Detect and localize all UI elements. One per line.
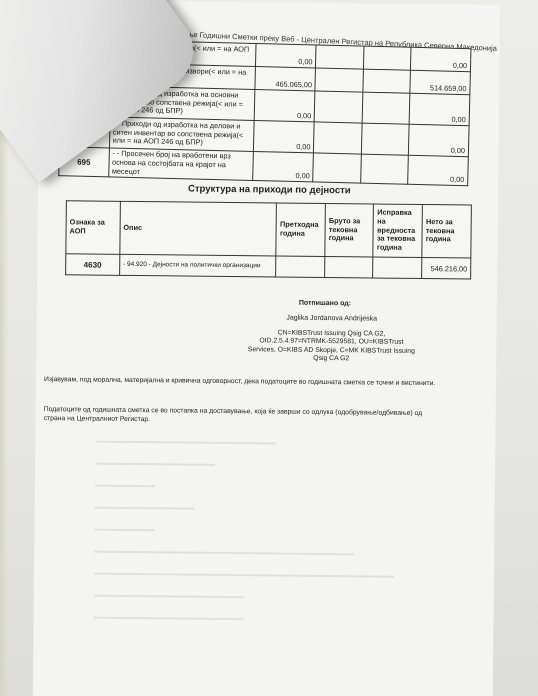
adjustment-value	[373, 257, 422, 279]
declaration-text: Изјавувам, под морална, материјална и кр…	[44, 375, 444, 388]
column-header-net: Нето за тековна година	[422, 205, 471, 259]
table-row: 4630 - 94.920 - Дејности на политички ор…	[66, 254, 471, 279]
signed-by-label: Потпишано од:	[299, 300, 351, 308]
row-description: - - Приходи од изработка на делови и сит…	[109, 117, 255, 152]
aop-code: 4630	[66, 254, 120, 276]
gross-value	[325, 256, 373, 278]
bleed-through-text	[73, 420, 476, 684]
prev-year-value: 0,00	[255, 89, 316, 121]
empty-cell	[360, 154, 408, 184]
current-year-value: 0,00	[408, 155, 469, 186]
empty-cell	[363, 46, 411, 70]
column-header-description: Опис	[120, 201, 277, 256]
prev-year-value: 0,00	[253, 151, 314, 182]
current-year-value: 0,00	[410, 47, 471, 71]
current-year-value: 514.659,00	[410, 70, 471, 94]
empty-cell	[316, 45, 364, 69]
column-header-aop: Ознака за АОП	[66, 201, 120, 255]
net-value: 546.216,00	[422, 258, 471, 280]
column-header-adjustment: Исправка на вредноста за тековна година	[373, 204, 422, 258]
prev-year-value: 465.065,00	[255, 66, 316, 90]
column-header-gross: Бруто за тековна година	[325, 204, 374, 258]
empty-cell	[313, 153, 361, 183]
empty-cell	[315, 68, 363, 92]
activity-income-table: Ознака за АОП Опис Претходна година Брут…	[65, 200, 472, 279]
row-description: - - Просечен број на вработени врз основ…	[108, 148, 254, 181]
signer-name: Jaglika Jordanova Andrijeska	[262, 314, 402, 322]
section-title: Структура на приходи по дејности	[188, 184, 351, 197]
empty-cell	[315, 91, 363, 123]
current-year-value: 0,00	[408, 124, 469, 156]
empty-cell	[361, 123, 409, 155]
current-year-value: 0,00	[409, 93, 470, 125]
row-description: - 94.920 - Дејности на политички организ…	[119, 254, 276, 277]
empty-cell	[362, 92, 410, 124]
column-header-prev-year: Претходна година	[276, 203, 325, 257]
certificate-info: CN=KIBSTrust Issuing Qsig CA G2, OID.2.5…	[246, 329, 416, 365]
prev-year-value: 0,00	[256, 43, 317, 67]
empty-cell	[363, 69, 411, 93]
page-edge-shadow	[0, 120, 8, 696]
prev-year-value: 0,00	[254, 120, 315, 152]
table-header-row: Ознака за АОП Опис Претходна година Брут…	[66, 201, 472, 258]
empty-cell	[314, 122, 362, 154]
prev-year-value	[276, 256, 325, 278]
